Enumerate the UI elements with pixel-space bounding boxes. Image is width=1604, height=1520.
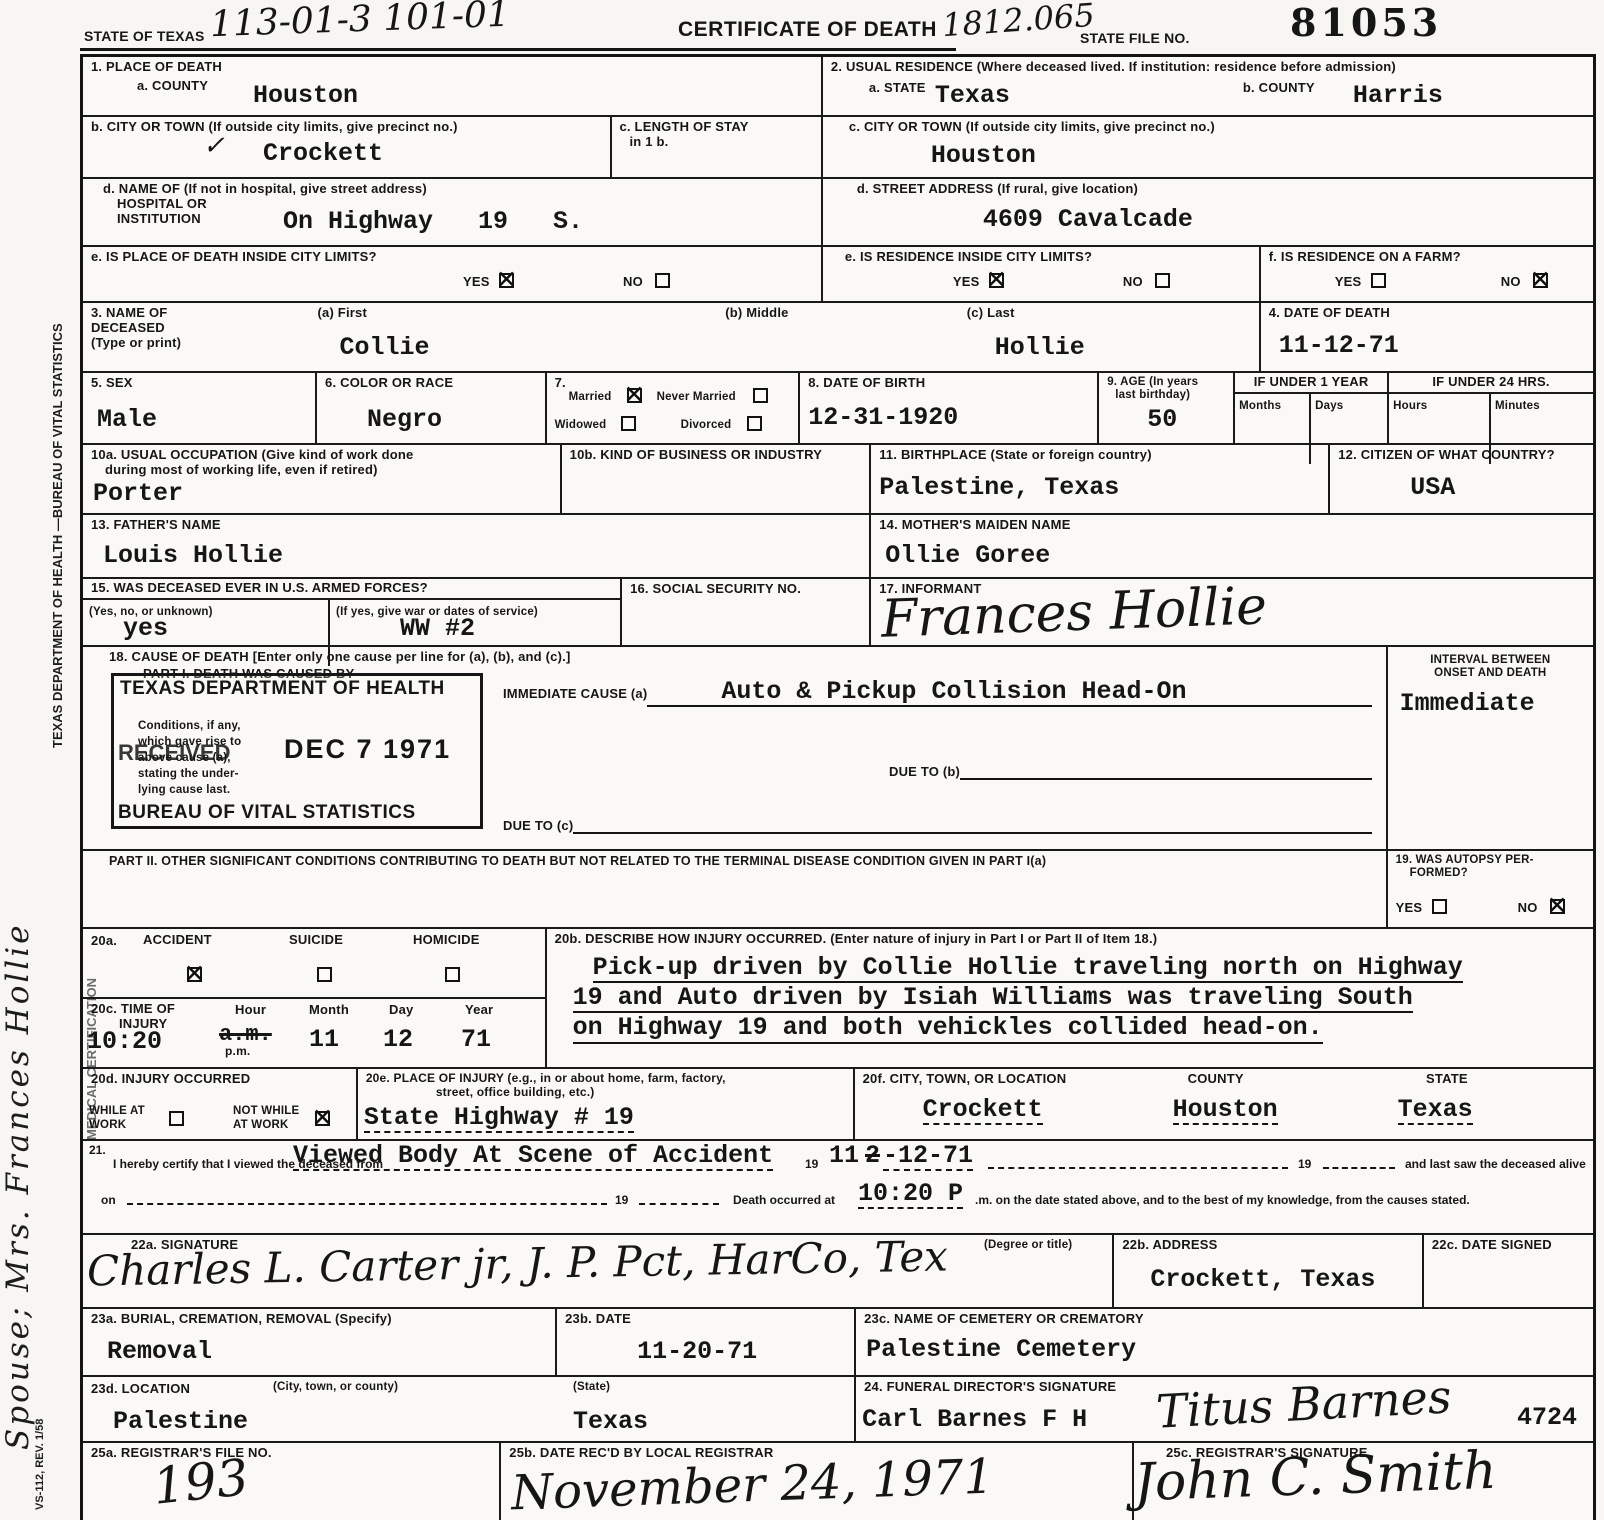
stamp-line-3: BUREAU OF VITAL STATISTICS xyxy=(118,802,416,824)
address-cell: 22b. ADDRESS Crockett, Texas xyxy=(1114,1235,1424,1307)
armed-forces-label: 15. WAS DECEASED EVER IN U.S. ARMED FORC… xyxy=(83,579,620,600)
certify-fill-3 xyxy=(127,1203,607,1205)
certifier-signature: Charles L. Carter jr, J. P. Pct, HarCo, … xyxy=(87,1235,949,1292)
burial-date-value: 11-20-71 xyxy=(637,1339,757,1365)
residence-state-label: a. STATE xyxy=(869,81,926,96)
father-label: 13. FATHER'S NAME xyxy=(91,518,861,533)
birthplace-cell: 11. BIRTHPLACE (State or foreign country… xyxy=(871,445,1330,513)
city-or-town-cell: b. CITY OR TOWN (If outside city limits,… xyxy=(83,117,612,177)
row-place-residence-3: d. NAME OF (If not in hospital, give str… xyxy=(83,179,1593,247)
homicide-checkbox xyxy=(445,967,460,982)
farm-no-label: NO xyxy=(1501,275,1521,290)
usual-residence-label: 2. USUAL RESIDENCE (Where deceased lived… xyxy=(831,60,1585,75)
row-signature: 22a. SIGNATURE Charles L. Carter jr, J. … xyxy=(83,1235,1593,1309)
citizen-cell: 12. CITIZEN OF WHAT COUNTRY? USA xyxy=(1330,445,1593,513)
handwritten-checkmark: ✓ xyxy=(203,133,225,159)
stamp-received: RECEIVED xyxy=(118,740,230,766)
state-file-number: 81053 xyxy=(1290,0,1442,45)
widowed-label: Widowed xyxy=(555,419,607,432)
not-while-checkbox xyxy=(315,1111,330,1126)
forces-service-value: WW #2 xyxy=(400,616,475,642)
autopsy-no-label: NO xyxy=(1518,901,1538,916)
part2-label: PART II. OTHER SIGNIFICANT CONDITIONS CO… xyxy=(109,854,1378,868)
certificate-title: CERTIFICATE OF DEATH xyxy=(678,18,937,42)
first-name-label: (a) First xyxy=(318,306,710,321)
interval-label-2: ONSET AND DEATH xyxy=(1396,667,1585,680)
immediate-cause-label: IMMEDIATE CAUSE (a) xyxy=(503,687,647,702)
year-value: 71 xyxy=(461,1027,491,1053)
row-name: 3. NAME OF DECEASED (Type or print) (a) … xyxy=(83,303,1593,373)
res-no-label: NO xyxy=(1123,275,1143,290)
residence-city-value: Houston xyxy=(931,143,1036,169)
place-of-death-label: 1. PLACE OF DEATH xyxy=(91,60,813,75)
divorced-checkbox xyxy=(747,416,762,431)
certify-number: 21. xyxy=(89,1143,106,1157)
age-label-2: last birthday) xyxy=(1115,389,1225,402)
not-while-label-1: NOT WHILE xyxy=(233,1105,299,1118)
autopsy-yes-label: YES xyxy=(1396,901,1423,916)
sex-cell: 5. SEX Male xyxy=(83,373,317,443)
race-cell: 6. COLOR OR RACE Negro xyxy=(317,373,547,443)
last-name-value: Hollie xyxy=(995,335,1085,361)
place-of-death-county-cell: 1. PLACE OF DEATH a. COUNTY Houston xyxy=(83,57,823,115)
father-cell: 13. FATHER'S NAME Louis Hollie xyxy=(83,515,871,577)
certify-19-c: 19 xyxy=(615,1193,628,1207)
conditions-note-1: Conditions, if any, xyxy=(138,720,241,733)
injury-occurred-cell: 20d. INJURY OCCURRED WHILE AT WORK NOT W… xyxy=(83,1069,358,1139)
residence-state-county-cell: 2. USUAL RESIDENCE (Where deceased lived… xyxy=(823,57,1593,115)
hours-label: Hours xyxy=(1393,400,1427,412)
certify-fill-2 xyxy=(1323,1167,1395,1169)
sex-value: Male xyxy=(97,407,157,433)
row-forces-informant: 15. WAS DECEASED EVER IN U.S. ARMED FORC… xyxy=(83,579,1593,647)
year-label: Year xyxy=(465,1003,493,1018)
months-label: Months xyxy=(1239,400,1281,412)
res-city-limits-cell: e. IS RESIDENCE INSIDE CITY LIMITS? YES … xyxy=(823,247,1261,301)
describe-injury-label: 20b. DESCRIBE HOW INJURY OCCURRED. (Ente… xyxy=(555,932,1585,947)
res-yes-checkbox xyxy=(989,273,1004,288)
ssn-label: 16. SOCIAL SECURITY NO. xyxy=(630,582,861,597)
address-label: 22b. ADDRESS xyxy=(1122,1238,1414,1253)
certify-post-text: and last saw the deceased alive xyxy=(1405,1157,1586,1171)
conditions-note-4: stating the under- xyxy=(138,768,239,781)
date-of-death-value: 11-12-71 xyxy=(1279,333,1399,359)
mother-value: Ollie Goree xyxy=(885,543,1050,569)
funeral-director-typed: Carl Barnes F H xyxy=(862,1407,1087,1433)
county-value: Houston xyxy=(253,83,358,109)
mother-label: 14. MOTHER'S MAIDEN NAME xyxy=(879,518,1585,533)
res-no-checkbox xyxy=(1155,273,1170,288)
disposition-location-cell: 23d. LOCATION (City, town, or county) (S… xyxy=(83,1377,856,1441)
while-at-work-label-1: WHILE AT xyxy=(89,1105,145,1118)
hour-label: Hour xyxy=(235,1003,266,1018)
first-name-cell: (a) First Collie xyxy=(310,303,718,371)
date-signed-label: 22c. DATE SIGNED xyxy=(1432,1238,1585,1253)
burial-date-label: 23b. DATE xyxy=(565,1312,846,1327)
certify-date-post: -12-71 xyxy=(883,1143,973,1171)
armed-forces-cell: 15. WAS DECEASED EVER IN U.S. ARMED FORC… xyxy=(83,579,622,645)
pod-city-limits-label: e. IS PLACE OF DEATH INSIDE CITY LIMITS? xyxy=(91,250,813,265)
race-value: Negro xyxy=(367,407,442,433)
length-of-stay-label-2: in 1 b. xyxy=(630,135,813,150)
hospital-value: On Highway 19 S. xyxy=(283,209,583,235)
row-stats: 5. SEX Male 6. COLOR OR RACE Negro 7. Ma… xyxy=(83,373,1593,445)
month-label: Month xyxy=(309,1003,349,1018)
cause-label: 18. CAUSE OF DEATH [Enter only one cause… xyxy=(109,650,1378,665)
injury-county-value: Houston xyxy=(1173,1097,1278,1125)
injury-location-cell: 20f. CITY, TOWN, OR LOCATION COUNTY STAT… xyxy=(855,1069,1593,1139)
day-label: Day xyxy=(389,1003,413,1018)
hospital-cell: d. NAME OF (If not in hospital, give str… xyxy=(83,179,823,245)
sex-label: 5. SEX xyxy=(91,376,307,391)
address-value: Crockett, Texas xyxy=(1150,1267,1375,1293)
accident-label: ACCIDENT xyxy=(143,933,212,948)
cemetery-cell: 23c. NAME OF CEMETERY OR CREMATORY Pales… xyxy=(856,1309,1593,1375)
certify-time-value: 10:20 P xyxy=(858,1181,963,1209)
name-of-deceased-cell: 3. NAME OF DECEASED (Type or print) xyxy=(83,303,310,371)
while-at-work-label-2: WORK xyxy=(89,1119,126,1132)
burial-label: 23a. BURIAL, CREMATION, REMOVAL (Specify… xyxy=(91,1312,547,1327)
burial-cell: 23a. BURIAL, CREMATION, REMOVAL (Specify… xyxy=(83,1309,557,1375)
name-label-2: DECEASED xyxy=(91,321,302,336)
state-of-texas-label: STATE OF TEXAS xyxy=(84,28,205,44)
location-value: Palestine xyxy=(113,1409,248,1435)
place-of-injury-label-1: 20e. PLACE OF INJURY (e.g., in or about … xyxy=(366,1072,845,1086)
occupation-label-1: 10a. USUAL OCCUPATION (Give kind of work… xyxy=(91,448,552,463)
row-location-director: 23d. LOCATION (City, town, or county) (S… xyxy=(83,1377,1593,1443)
autopsy-no-checkbox xyxy=(1550,899,1565,914)
injury-city-label: 20f. CITY, TOWN, OR LOCATION xyxy=(863,1072,1188,1087)
length-of-stay-label: c. LENGTH OF STAY xyxy=(620,120,813,135)
father-value: Louis Hollie xyxy=(103,543,283,569)
certify-cell: 21. I hereby certify that I viewed the d… xyxy=(83,1141,1593,1233)
business-cell: 10b. KIND OF BUSINESS OR INDUSTRY xyxy=(562,445,872,513)
row-place-residence-1: 1. PLACE OF DEATH a. COUNTY Houston 2. U… xyxy=(83,57,1593,117)
place-of-injury-value: State Highway # 19 xyxy=(364,1105,634,1133)
state-file-no-label: STATE FILE NO. xyxy=(1080,30,1190,46)
row-burial: 23a. BURIAL, CREMATION, REMOVAL (Specify… xyxy=(83,1309,1593,1377)
injury-description-line-1: Pick-up driven by Collie Hollie travelin… xyxy=(593,955,1463,983)
interval-value: Immediate xyxy=(1400,691,1535,717)
registrar-date-value: November 24, 1971 xyxy=(511,1453,995,1518)
under-1-year-cell: IF UNDER 1 YEAR Months Days xyxy=(1235,373,1389,443)
death-certificate-scan: { "header":{"state":"STATE OF TEXAS","co… xyxy=(0,0,1604,1520)
row-certify: 21. I hereby certify that I viewed the d… xyxy=(83,1141,1593,1235)
res-city-limits-label: e. IS RESIDENCE INSIDE CITY LIMITS? xyxy=(845,250,1251,265)
married-label: Married xyxy=(569,391,612,404)
funeral-director-cell: 24. FUNERAL DIRECTOR'S SIGNATURE Carl Ba… xyxy=(856,1377,1593,1441)
row-injury-1: 20a. ACCIDENT SUICIDE HOMICIDE 20c. TIME… xyxy=(83,929,1593,1069)
dob-label: 8. DATE OF BIRTH xyxy=(808,376,1089,391)
birthplace-value: Palestine, Texas xyxy=(879,475,1119,501)
informant-cell: 17. INFORMANT Frances Hollie xyxy=(871,579,1593,645)
describe-injury-cell: 20b. DESCRIBE HOW INJURY OCCURRED. (Ente… xyxy=(547,929,1593,1067)
certificate-form: 1. PLACE OF DEATH a. COUNTY Houston 2. U… xyxy=(80,54,1596,1520)
race-label: 6. COLOR OR RACE xyxy=(325,376,537,391)
farm-yes-checkbox xyxy=(1371,273,1386,288)
immediate-cause-value: Auto & Pickup Collision Head-On xyxy=(707,679,1200,707)
name-label-1: 3. NAME OF xyxy=(91,306,302,321)
marital-cell: 7. Married Never Married Widowed Divorce… xyxy=(547,373,801,443)
certify-date-pre: 11 xyxy=(829,1143,859,1169)
certify-19-b: 19 xyxy=(1298,1157,1311,1171)
residence-city-label: c. CITY OR TOWN (If outside city limits,… xyxy=(849,120,1585,135)
residence-county-label: b. COUNTY xyxy=(1243,81,1315,96)
occupation-cell: 10a. USUAL OCCUPATION (Give kind of work… xyxy=(83,445,562,513)
injury-description-line-2: 19 and Auto driven by Isiah Williams was… xyxy=(573,985,1413,1013)
registrar-file-cell: 25a. REGISTRAR'S FILE NO. 193 xyxy=(83,1443,501,1520)
certify-typed-overlay: Viewed Body At Scene of Accident xyxy=(293,1143,773,1171)
funeral-director-number: 4724 xyxy=(1517,1405,1577,1431)
cemetery-label: 23c. NAME OF CEMETERY OR CREMATORY xyxy=(864,1312,1585,1327)
length-of-stay-cell: c. LENGTH OF STAY in 1 b. xyxy=(612,117,823,177)
month-value: 11 xyxy=(309,1027,339,1053)
injury-city-value: Crockett xyxy=(923,1097,1043,1125)
certify-19-a: 19 xyxy=(805,1157,818,1171)
row-parents: 13. FATHER'S NAME Louis Hollie 14. MOTHE… xyxy=(83,515,1593,579)
first-name-value: Collie xyxy=(340,335,430,361)
burial-date-cell: 23b. DATE 11-20-71 xyxy=(557,1309,856,1375)
citizen-label: 12. CITIZEN OF WHAT COUNTRY? xyxy=(1338,448,1585,463)
birthplace-label: 11. BIRTHPLACE (State or foreign country… xyxy=(879,448,1320,463)
farm-yes-label: YES xyxy=(1335,275,1362,290)
place-of-injury-label-2: street, office building, etc.) xyxy=(436,1086,845,1100)
location-label: 23d. LOCATION xyxy=(91,1381,190,1396)
pod-yes-checkbox xyxy=(499,273,514,288)
citizen-value: USA xyxy=(1410,475,1455,501)
middle-name-label: (b) Middle xyxy=(725,306,951,321)
last-name-label: (c) Last xyxy=(967,306,1251,321)
form-number-label: VS-112, REV. 1/58 xyxy=(34,1360,46,1510)
street-address-label: d. STREET ADDRESS (If rural, give locati… xyxy=(857,182,1585,197)
autopsy-cell: 19. WAS AUTOPSY PER- FORMED? YES NO xyxy=(1388,851,1593,927)
pod-city-limits-cell: e. IS PLACE OF DEATH INSIDE CITY LIMITS?… xyxy=(83,247,823,301)
autopsy-label-2: FORMED? xyxy=(1410,867,1585,880)
interval-label-1: INTERVAL BETWEEN xyxy=(1396,654,1585,667)
certify-on: on xyxy=(101,1193,116,1207)
certify-death-at: Death occurred at xyxy=(733,1193,835,1207)
am-struck-value: a.m. xyxy=(219,1023,272,1046)
degree-or-title-label: (Degree or title) xyxy=(984,1239,1072,1252)
occupation-label-2: during most of working life, even if ret… xyxy=(105,463,552,478)
injury-occurred-label: 20d. INJURY OCCURRED xyxy=(91,1072,348,1087)
certify-fill-4 xyxy=(639,1203,719,1205)
pod-no-checkbox xyxy=(655,273,670,288)
forces-answer: yes xyxy=(123,616,168,642)
row-registrar: 25a. REGISTRAR'S FILE NO. 193 25b. DATE … xyxy=(83,1443,1593,1520)
pod-no-label: NO xyxy=(623,275,643,290)
row-cause: 18. CAUSE OF DEATH [Enter only one cause… xyxy=(83,647,1593,851)
registrar-date-cell: 25b. DATE REC'D BY LOCAL REGISTRAR Novem… xyxy=(501,1443,1134,1520)
farm-no-checkbox xyxy=(1533,273,1548,288)
while-at-work-checkbox xyxy=(169,1111,184,1126)
immediate-cause-line: IMMEDIATE CAUSE (a) Auto & Pickup Collis… xyxy=(503,679,1372,707)
hospital-label-1: d. NAME OF (If not in hospital, give str… xyxy=(103,182,813,197)
injury-description-line-3: on Highway 19 and both vehickles collide… xyxy=(573,1015,1323,1043)
certify-rest-text: .m. on the date stated above, and to the… xyxy=(975,1193,1470,1207)
not-while-label-2: AT WORK xyxy=(233,1119,288,1132)
due-to-c-label: DUE TO (c) xyxy=(503,819,573,834)
stamp-line-1: TEXAS DEPARTMENT OF HEALTH xyxy=(114,676,480,702)
never-married-checkbox xyxy=(753,388,768,403)
row-place-residence-2: b. CITY OR TOWN (If outside city limits,… xyxy=(83,117,1593,179)
ssn-cell: 16. SOCIAL SECURITY NO. xyxy=(622,579,871,645)
handwritten-file-code: 1812.065 xyxy=(941,0,1096,41)
pod-yes-label: YES xyxy=(463,275,490,290)
handwritten-district-code: 113-01-3 101-01 xyxy=(209,0,510,43)
injury-state-label: STATE xyxy=(1426,1072,1468,1087)
certify-date-struck: 2 xyxy=(865,1143,880,1169)
farm-label: f. IS RESIDENCE ON A FARM? xyxy=(1269,250,1585,265)
residence-county-value: Harris xyxy=(1353,83,1443,109)
widowed-checkbox xyxy=(621,416,636,431)
autopsy-yes-checkbox xyxy=(1432,899,1447,914)
suicide-checkbox xyxy=(317,967,332,982)
suicide-label: SUICIDE xyxy=(289,933,343,948)
informant-signature: Frances Hollie xyxy=(880,580,1267,645)
under-1-year-label: IF UNDER 1 YEAR xyxy=(1235,373,1387,394)
married-checkbox xyxy=(627,388,642,403)
injury-county-label: COUNTY xyxy=(1188,1072,1426,1087)
place-of-injury-cell: 20e. PLACE OF INJURY (e.g., in or about … xyxy=(358,1069,855,1139)
dob-value: 12-31-1920 xyxy=(808,405,958,431)
accident-section-number: 20a. xyxy=(91,933,117,948)
due-to-b-line: DUE TO (b) xyxy=(889,765,1372,780)
conditions-note-5: lying cause last. xyxy=(138,784,230,797)
received-stamp: TEXAS DEPARTMENT OF HEALTH Conditions, i… xyxy=(111,673,483,829)
residence-state-value: Texas xyxy=(935,83,1010,109)
injury-state-value: Texas xyxy=(1398,1097,1473,1125)
header-rule xyxy=(80,48,956,51)
name-label-3: (Type or print) xyxy=(91,336,302,351)
age-value: 50 xyxy=(1147,407,1177,433)
minutes-label: Minutes xyxy=(1495,400,1540,412)
business-label: 10b. KIND OF BUSINESS OR INDUSTRY xyxy=(570,448,862,463)
date-signed-cell: 22c. DATE SIGNED xyxy=(1424,1235,1593,1307)
accident-time-cell: 20a. ACCIDENT SUICIDE HOMICIDE 20c. TIME… xyxy=(83,929,547,1067)
street-address-cell: d. STREET ADDRESS (If rural, give locati… xyxy=(823,179,1593,245)
row-occupation: 10a. USUAL OCCUPATION (Give kind of work… xyxy=(83,445,1593,515)
burial-value: Removal xyxy=(107,1339,212,1365)
row-part2: PART II. OTHER SIGNIFICANT CONDITIONS CO… xyxy=(83,851,1593,929)
location-sub-label: (City, town, or county) xyxy=(273,1381,398,1394)
homicide-label: HOMICIDE xyxy=(413,933,480,948)
registrar-signature-cell: 25c. REGISTRAR'S SIGNATURE John C. Smith xyxy=(1134,1443,1593,1520)
days-label: Days xyxy=(1315,400,1343,412)
signature-cell: 22a. SIGNATURE Charles L. Carter jr, J. … xyxy=(83,1235,1114,1307)
department-vertical-label: TEXAS DEPARTMENT OF HEALTH —BUREAU OF VI… xyxy=(50,58,65,748)
due-to-c-line: DUE TO (c) xyxy=(503,819,1372,834)
stamp-date: DEC 7 1971 xyxy=(284,734,451,765)
row-injury-2: 20d. INJURY OCCURRED WHILE AT WORK NOT W… xyxy=(83,1069,1593,1141)
spouse-margin-note: Spouse; Mrs. Frances Hollie xyxy=(0,330,36,1450)
accident-checkbox xyxy=(187,967,202,982)
occupation-value: Porter xyxy=(93,481,183,507)
header: STATE OF TEXAS 113-01-3 101-01 CERTIFICA… xyxy=(80,4,1596,52)
cause-cell: 18. CAUSE OF DEATH [Enter only one cause… xyxy=(83,647,1388,849)
funeral-director-signature: Titus Barnes xyxy=(1155,1373,1452,1434)
residence-city-cell: c. CITY OR TOWN (If outside city limits,… xyxy=(823,117,1593,177)
location-state-value: Texas xyxy=(573,1409,648,1435)
due-to-b-label: DUE TO (b) xyxy=(889,765,960,780)
date-of-death-cell: 4. DATE OF DEATH 11-12-71 xyxy=(1261,303,1593,371)
res-yes-label: YES xyxy=(953,275,980,290)
last-name-cell: (c) Last Hollie xyxy=(959,303,1261,371)
interval-cell: INTERVAL BETWEEN ONSET AND DEATH Immedia… xyxy=(1388,647,1593,849)
age-cell: 9. AGE (In years last birthday) 50 xyxy=(1099,373,1235,443)
street-address-value: 4609 Cavalcade xyxy=(983,207,1193,233)
state-sub-label: (State) xyxy=(573,1381,610,1394)
part2-cell: PART II. OTHER SIGNIFICANT CONDITIONS CO… xyxy=(83,851,1388,927)
dob-cell: 8. DATE OF BIRTH 12-31-1920 xyxy=(800,373,1099,443)
pm-label-value: p.m. xyxy=(225,1045,250,1059)
divorced-label: Divorced xyxy=(681,419,732,432)
date-of-death-label: 4. DATE OF DEATH xyxy=(1269,306,1585,321)
city-value: Crockett xyxy=(263,141,383,167)
registrar-signature-value: John C. Smith xyxy=(1133,1445,1497,1510)
time-of-injury-value: 10:20 xyxy=(87,1029,162,1055)
certify-fill-1 xyxy=(988,1167,1288,1169)
never-married-label: Never Married xyxy=(657,391,736,404)
age-label-1: 9. AGE (In years xyxy=(1107,376,1225,389)
county-label: a. COUNTY xyxy=(137,79,208,94)
farm-cell: f. IS RESIDENCE ON A FARM? YES NO xyxy=(1261,247,1593,301)
middle-name-cell: (b) Middle xyxy=(717,303,959,371)
city-or-town-label: b. CITY OR TOWN (If outside city limits,… xyxy=(91,120,602,135)
under-24-hrs-label: IF UNDER 24 HRS. xyxy=(1389,373,1593,394)
mother-cell: 14. MOTHER'S MAIDEN NAME Ollie Goree xyxy=(871,515,1593,577)
registrar-file-value: 193 xyxy=(151,1452,251,1512)
row-place-residence-4: e. IS PLACE OF DEATH INSIDE CITY LIMITS?… xyxy=(83,247,1593,303)
day-value: 12 xyxy=(383,1027,413,1053)
cemetery-value: Palestine Cemetery xyxy=(866,1337,1136,1363)
under-24-hrs-cell: IF UNDER 24 HRS. Hours Minutes xyxy=(1389,373,1593,443)
autopsy-label-1: 19. WAS AUTOPSY PER- xyxy=(1396,854,1585,867)
